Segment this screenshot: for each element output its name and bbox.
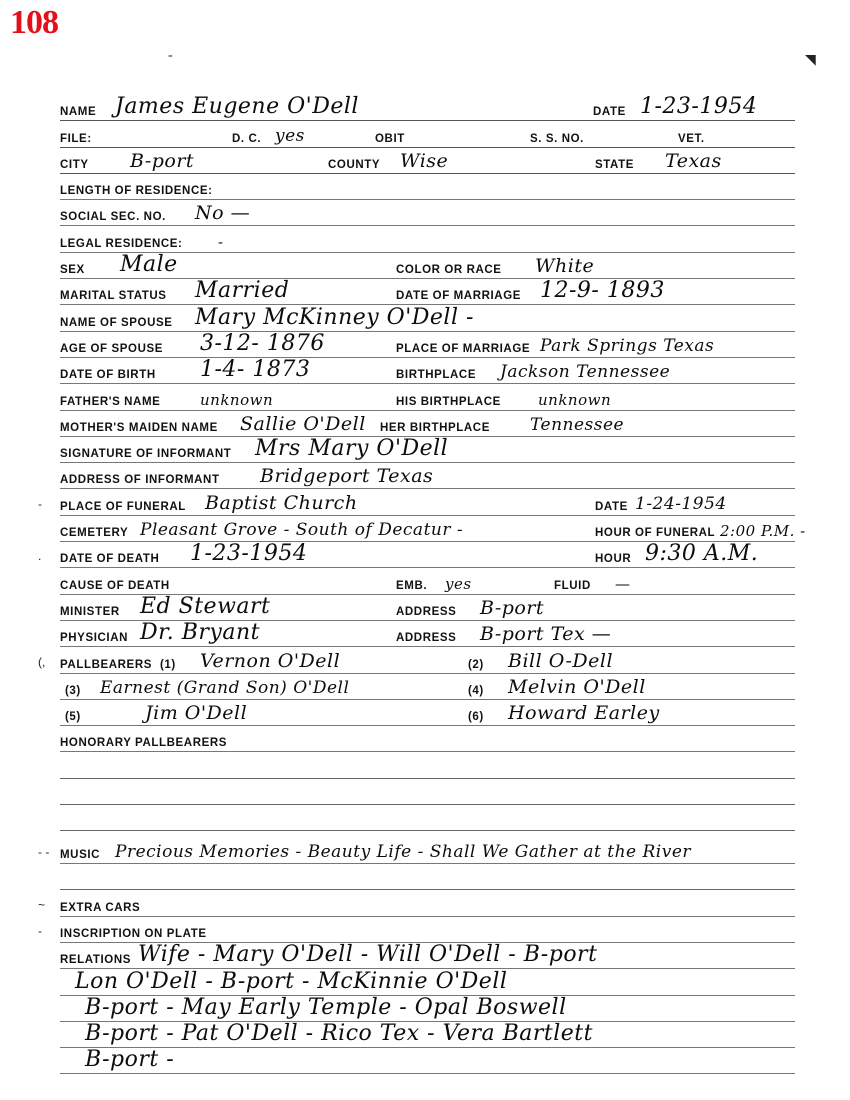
label-physician-address: ADDRESS — [396, 632, 456, 644]
field-relations-line-4[interactable]: B-port - Pat O'Dell - Rico Tex - Vera Ba… — [85, 1021, 593, 1046]
row-social-sec: SOCIAL SEC. NO. No — — [60, 200, 795, 226]
label-dc: D. C. — [232, 133, 261, 145]
funeral-record-form: NAME James Eugene O'Dell DATE 1-23-1954 … — [60, 95, 795, 1074]
label-place-of-funeral: PLACE OF FUNERAL — [60, 501, 186, 513]
row-address-of-informant: ADDRESS OF INFORMANT Bridgeport Texas — [60, 463, 795, 489]
label-state: STATE — [595, 159, 634, 171]
label-physician: PHYSICIAN — [60, 632, 128, 644]
label-social-sec-no: SOCIAL SEC. NO. — [60, 211, 166, 223]
label-color-or-race: COLOR OR RACE — [396, 264, 502, 276]
label-fluid: FLUID — [554, 580, 591, 592]
pallbearer-num-5: (5) — [65, 711, 81, 723]
field-her-birthplace[interactable]: Tennessee — [530, 415, 624, 435]
label-pallbearers: PALLBEARERS — [60, 659, 152, 671]
margin-mark: (, — [38, 655, 45, 669]
field-funeral-date[interactable]: 1-24-1954 — [635, 494, 727, 514]
label-minister: MINISTER — [60, 606, 120, 618]
field-physician[interactable]: Dr. Bryant — [140, 620, 260, 645]
row-pallbearers-1-2: (, PALLBEARERS (1) Vernon O'Dell (2) Bil… — [60, 647, 795, 673]
label-date: DATE — [593, 106, 626, 118]
field-county[interactable]: Wise — [400, 150, 448, 172]
row-age-of-spouse: AGE OF SPOUSE 3-12- 1876 PLACE OF MARRIA… — [60, 332, 795, 358]
label-her-birthplace: HER BIRTHPLACE — [380, 422, 490, 434]
field-date-of-birth[interactable]: 1-4- 1873 — [200, 357, 310, 382]
field-fluid[interactable]: — — [615, 575, 631, 593]
label-length-of-residence: LENGTH OF RESIDENCE: — [60, 185, 213, 197]
field-color-or-race[interactable]: White — [535, 255, 594, 277]
label-emb: EMB. — [396, 580, 427, 592]
blank-line — [60, 805, 795, 831]
field-cemetery[interactable]: Pleasant Grove - South of Decatur - — [140, 520, 463, 540]
row-relations-1: RELATIONS Wife - Mary O'Dell - Will O'De… — [60, 943, 795, 969]
label-hour-of-funeral: HOUR OF FUNERAL — [595, 527, 715, 539]
field-state[interactable]: Texas — [665, 150, 722, 172]
label-extra-cars: EXTRA CARS — [60, 902, 140, 914]
row-fathers-name: FATHER'S NAME unknown HIS BIRTHPLACE unk… — [60, 384, 795, 410]
field-relations-line-1[interactable]: Wife - Mary O'Dell - Will O'Dell - B-por… — [138, 942, 597, 967]
field-social-sec-no[interactable]: No — — [195, 202, 250, 224]
pallbearer-num-3: (3) — [65, 685, 81, 697]
row-place-of-funeral: - PLACE OF FUNERAL Baptist Church DATE 1… — [60, 489, 795, 515]
row-cemetery: CEMETERY Pleasant Grove - South of Decat… — [60, 516, 795, 542]
row-mothers-maiden-name: MOTHER'S MAIDEN NAME Sallie O'Dell HER B… — [60, 411, 795, 437]
field-minister-address[interactable]: B-port — [480, 597, 544, 619]
field-legal-residence[interactable]: - — [218, 233, 224, 251]
row-inscription-on-plate: - INSCRIPTION ON PLATE — [60, 917, 795, 943]
field-birthplace[interactable]: Jackson Tennessee — [500, 362, 670, 382]
field-minister[interactable]: Ed Stewart — [140, 594, 270, 619]
row-marital-status: MARITAL STATUS Married DATE OF MARRIAGE … — [60, 279, 795, 305]
field-date-of-marriage[interactable]: 12-9- 1893 — [540, 278, 665, 303]
field-pallbearer-4[interactable]: Melvin O'Dell — [508, 676, 646, 698]
field-place-of-marriage[interactable]: Park Springs Texas — [540, 336, 714, 356]
label-funeral-date: DATE — [595, 501, 628, 513]
row-city: CITY B-port COUNTY Wise STATE Texas — [60, 148, 795, 174]
margin-mark: - — [38, 497, 42, 511]
field-fathers-name[interactable]: unknown — [200, 391, 273, 409]
field-date[interactable]: 1-23-1954 — [640, 94, 757, 119]
label-inscription-on-plate: INSCRIPTION ON PLATE — [60, 928, 207, 940]
label-county: COUNTY — [328, 159, 380, 171]
row-legal-residence: LEGAL RESIDENCE: - — [60, 226, 795, 252]
field-address-of-informant[interactable]: Bridgeport Texas — [260, 465, 433, 487]
label-date-of-marriage: DATE OF MARRIAGE — [396, 290, 521, 302]
margin-mark: . — [38, 549, 41, 563]
label-birthplace: BIRTHPLACE — [396, 369, 476, 381]
field-dc[interactable]: yes — [275, 126, 305, 146]
field-relations-line-3[interactable]: B-port - May Early Temple - Opal Boswell — [85, 995, 567, 1020]
label-address-of-informant: ADDRESS OF INFORMANT — [60, 474, 220, 486]
field-mothers-maiden-name[interactable]: Sallie O'Dell — [240, 413, 366, 435]
label-signature-of-informant: SIGNATURE OF INFORMANT — [60, 448, 231, 460]
field-relations-line-5[interactable]: B-port - — [85, 1047, 174, 1072]
label-marital-status: MARITAL STATUS — [60, 290, 167, 302]
row-sex: SEX Male COLOR OR RACE White — [60, 253, 795, 279]
row-name-of-spouse: NAME OF SPOUSE Mary McKinney O'Dell - — [60, 305, 795, 331]
label-legal-residence: LEGAL RESIDENCE: — [60, 238, 182, 250]
row-music: - - MUSIC Precious Memories - Beauty Lif… — [60, 831, 795, 864]
label-city: CITY — [60, 159, 89, 171]
scan-artifact: - — [168, 48, 173, 64]
field-pallbearer-5[interactable]: Jim O'Dell — [145, 702, 247, 724]
row-date-of-birth: DATE OF BIRTH 1-4- 1873 BIRTHPLACE Jacks… — [60, 358, 795, 384]
field-pallbearer-3[interactable]: Earnest (Grand Son) O'Dell — [100, 678, 349, 698]
row-date-of-death: . DATE OF DEATH 1-23-1954 HOUR 9:30 A.M. — [60, 542, 795, 568]
label-place-of-marriage: PLACE OF MARRIAGE — [396, 343, 530, 355]
label-vet: VET. — [678, 133, 705, 145]
row-cause-of-death: CAUSE OF DEATH EMB. yes FLUID — — [60, 568, 795, 594]
pallbearer-num-4: (4) — [468, 685, 484, 697]
label-name-of-spouse: NAME OF SPOUSE — [60, 317, 173, 329]
field-hour-of-funeral[interactable]: 2:00 P.M. - — [720, 522, 806, 540]
blank-line — [60, 864, 795, 890]
row-honorary-pallbearers: HONORARY PALLBEARERS — [60, 726, 795, 752]
field-signature-of-informant[interactable]: Mrs Mary O'Dell — [255, 436, 448, 461]
row-name: NAME James Eugene O'Dell DATE 1-23-1954 — [60, 95, 795, 121]
row-relations-4: B-port - Pat O'Dell - Rico Tex - Vera Ba… — [60, 1022, 795, 1048]
row-length-of-residence: LENGTH OF RESIDENCE: — [60, 174, 795, 200]
field-name-of-spouse[interactable]: Mary McKinney O'Dell - — [195, 305, 474, 330]
label-honorary-pallbearers: HONORARY PALLBEARERS — [60, 737, 227, 749]
field-city[interactable]: B-port — [130, 150, 194, 172]
blank-line — [60, 752, 795, 778]
field-his-birthplace[interactable]: unknown — [538, 391, 611, 409]
field-pallbearer-1[interactable]: Vernon O'Dell — [200, 650, 340, 672]
row-relations-5: B-port - — [60, 1048, 795, 1074]
field-music[interactable]: Precious Memories - Beauty Life - Shall … — [115, 842, 691, 862]
field-date-of-death[interactable]: 1-23-1954 — [190, 541, 307, 566]
label-relations: RELATIONS — [60, 954, 131, 966]
row-physician: PHYSICIAN Dr. Bryant ADDRESS B-port Tex … — [60, 621, 795, 647]
label-ss-no: S. S. NO. — [530, 133, 584, 145]
label-his-birthplace: HIS BIRTHPLACE — [396, 396, 501, 408]
blank-line — [60, 779, 795, 805]
row-relations-3: B-port - May Early Temple - Opal Boswell — [60, 996, 795, 1022]
field-emb[interactable]: yes — [445, 575, 472, 593]
page-number: 108 — [10, 4, 58, 42]
row-pallbearers-5-6: (5) Jim O'Dell (6) Howard Earley — [60, 700, 795, 726]
row-signature-of-informant: SIGNATURE OF INFORMANT Mrs Mary O'Dell — [60, 437, 795, 463]
margin-mark: ~ — [38, 898, 45, 912]
label-file: FILE: — [60, 133, 92, 145]
field-marital-status[interactable]: Married — [195, 278, 289, 303]
row-file: FILE: D. C. yes OBIT S. S. NO. VET. — [60, 121, 795, 147]
label-mothers-maiden-name: MOTHER'S MAIDEN NAME — [60, 422, 218, 434]
field-physician-address[interactable]: B-port Tex — — [480, 623, 611, 645]
margin-mark: - - — [38, 845, 49, 859]
label-cause-of-death: CAUSE OF DEATH — [60, 580, 170, 592]
field-relations-line-2[interactable]: Lon O'Dell - B-port - McKinnie O'Dell — [75, 969, 507, 994]
label-date-of-birth: DATE OF BIRTH — [60, 369, 156, 381]
scan-artifact: ◥ — [805, 52, 816, 69]
field-place-of-funeral[interactable]: Baptist Church — [205, 492, 358, 514]
field-pallbearer-2[interactable]: Bill O-Dell — [508, 650, 613, 672]
label-music: MUSIC — [60, 849, 100, 861]
label-fathers-name: FATHER'S NAME — [60, 396, 160, 408]
row-extra-cars: ~ EXTRA CARS — [60, 890, 795, 916]
field-pallbearer-6[interactable]: Howard Earley — [508, 702, 660, 724]
field-name[interactable]: James Eugene O'Dell — [115, 94, 359, 119]
row-minister: MINISTER Ed Stewart ADDRESS B-port — [60, 595, 795, 621]
field-hour[interactable]: 9:30 A.M. — [645, 541, 758, 566]
pallbearer-num-1: (1) — [160, 659, 176, 671]
label-minister-address: ADDRESS — [396, 606, 456, 618]
label-sex: SEX — [60, 264, 85, 276]
label-age-of-spouse: AGE OF SPOUSE — [60, 343, 163, 355]
label-cemetery: CEMETERY — [60, 527, 128, 539]
label-name: NAME — [60, 106, 96, 118]
pallbearer-num-2: (2) — [468, 659, 484, 671]
row-pallbearers-3-4: (3) Earnest (Grand Son) O'Dell (4) Melvi… — [60, 674, 795, 700]
pallbearer-num-6: (6) — [468, 711, 484, 723]
row-relations-2: Lon O'Dell - B-port - McKinnie O'Dell — [60, 969, 795, 995]
label-hour: HOUR — [595, 553, 631, 565]
margin-mark: - — [38, 924, 42, 938]
label-date-of-death: DATE OF DEATH — [60, 553, 159, 565]
field-sex[interactable]: Male — [120, 252, 178, 277]
field-age-of-spouse[interactable]: 3-12- 1876 — [200, 331, 325, 356]
label-obit: OBIT — [375, 133, 405, 145]
